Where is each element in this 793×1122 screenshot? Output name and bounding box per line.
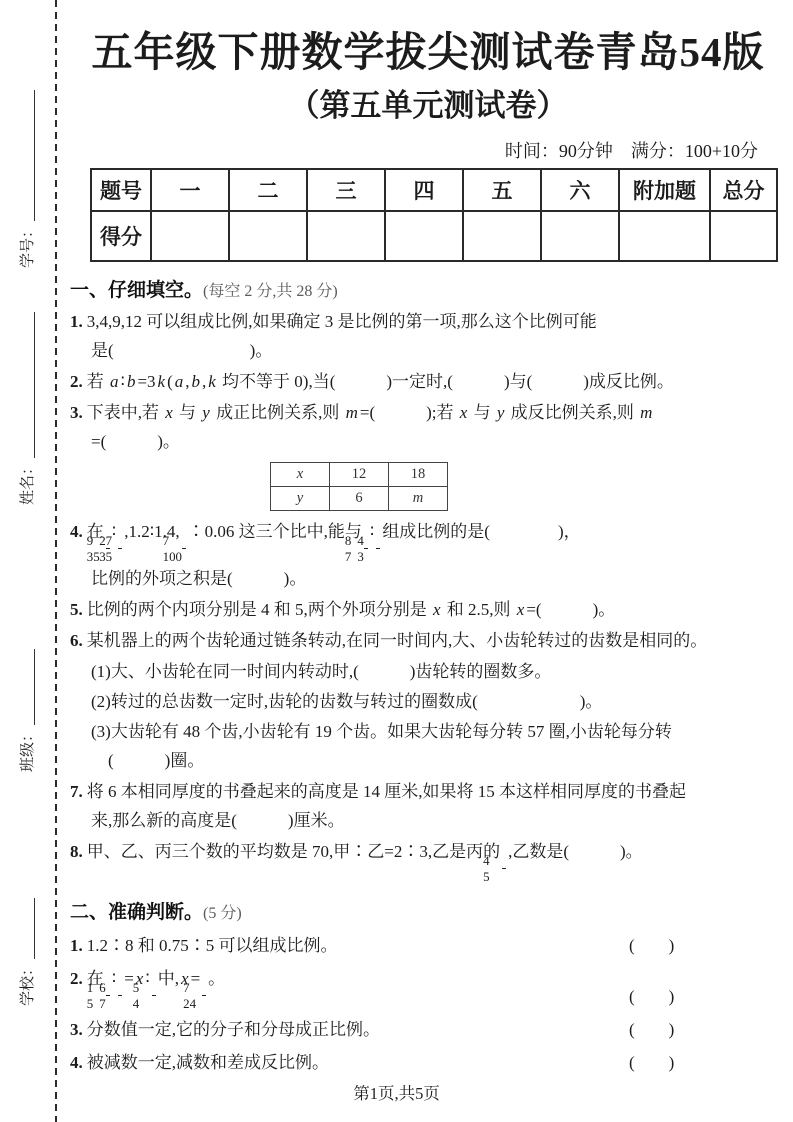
- answer-parentheses: ( ): [629, 931, 691, 960]
- section2-note: (5 分): [203, 905, 242, 922]
- score-header-cell: 二: [229, 169, 307, 211]
- question-number: 2.: [70, 969, 87, 988]
- score-table-header-row: 题号 一 二 三 四 五 六 附加题 总分: [91, 169, 777, 211]
- fill-question-7: 7.将 6 本相同厚度的书叠起来的高度是 14 厘米,如果将 15 本这样相同厚…: [70, 777, 786, 835]
- question-text: (3)大齿轮有 48 个齿,小齿轮有 19 个齿。如果大齿轮每分转 57 圈,小…: [91, 722, 672, 770]
- question-text: 比例的两个内项分别是 4 和 5,两个外项分别是 x 和 2.5,则 x=( )…: [87, 600, 616, 619]
- question-text: 若 a∶b=3k(a,b,k 均不等于 0),当( )一定时,( )与( )成反…: [87, 372, 674, 391]
- judge-question-4: 4.被减数一定,减数和差成反比例。 ( ): [70, 1048, 786, 1077]
- score-cell: [229, 211, 307, 261]
- judge-question-3: 3.分数值一定,它的分子和分母成正比例。 ( ): [70, 1015, 786, 1044]
- score-cell: [710, 211, 777, 261]
- fill-question-6: 6.某机器上的两个齿轮通过链条转动,在同一时间内,大、小齿轮转过的齿数是相同的。: [70, 626, 786, 655]
- score-header-cell: 题号: [91, 169, 151, 211]
- question-number: 1.: [70, 312, 87, 331]
- score-cell: [151, 211, 229, 261]
- question-number: 3.: [70, 1020, 87, 1039]
- fill-question-5: 5.比例的两个内项分别是 4 和 5,两个外项分别是 x 和 2.5,则 x=(…: [70, 595, 786, 624]
- school-field: 学校：: [13, 896, 39, 1006]
- question-text: 某机器上的两个齿轮通过链条转动,在同一时间内,大、小齿轮转过的齿数是相同的。: [87, 631, 708, 650]
- fill-question-6-sub-2: (2)转过的总齿数一定时,齿轮的齿数与转过的圈数成( )。: [70, 687, 786, 716]
- class-blank-line: [34, 649, 35, 725]
- section2-title: 二、准确判断。: [70, 902, 203, 923]
- fill-question-8: 8.甲、乙、丙三个数的平均数是 70,甲∶乙=2∶3,乙是丙的45,乙数是( )…: [70, 837, 786, 884]
- score-cell: [541, 211, 619, 261]
- fill-question-3: 3.下表中,若 x 与 y 成正比例关系,则 m=( );若 x 与 y 成反比…: [70, 398, 786, 456]
- score-table: 题号 一 二 三 四 五 六 附加题 总分 得分: [90, 168, 778, 262]
- score-cell: [619, 211, 710, 261]
- question-text: 1.2∶8 和 0.75∶5 可以组成比例。: [87, 936, 338, 955]
- fill-question-4: 4.在935∶2735,1.2∶1.4,7100∶0.06 这三个比中,能与87…: [70, 517, 786, 593]
- xy-cell: 6: [330, 487, 389, 511]
- score-cell: [385, 211, 463, 261]
- fill-question-1: 1.3,4,9,12 可以组成比例,如果确定 3 是比例的第一项,那么这个比例可…: [70, 307, 786, 365]
- question-text: 在15∶67=x∶54中,x=724。: [87, 969, 225, 988]
- question-text: 3,4,9,12 可以组成比例,如果确定 3 是比例的第一项,那么这个比例可能是…: [87, 312, 597, 360]
- section1-title: 一、仔细填空。: [70, 280, 203, 301]
- question-number: 6.: [70, 631, 87, 650]
- question-number: 3.: [70, 403, 87, 422]
- school-blank-line: [34, 898, 35, 959]
- student-id-field: 学号：: [13, 88, 39, 268]
- exam-page: 五年级下册数学拔尖测试卷青岛54版 （第五单元测试卷） 时间：90分钟 满分：1…: [70, 0, 786, 1081]
- xy-table-row: y 6 m: [271, 487, 448, 511]
- score-header-cell: 四: [385, 169, 463, 211]
- question-number: 4.: [70, 1053, 87, 1072]
- time-and-score-info: 时间：90分钟 满分：100+10分: [70, 140, 786, 162]
- page-subtitle: （第五单元测试卷）: [70, 86, 786, 126]
- fill-question-6-sub-1: (1)大、小齿轮在同一时间内转动时,( )齿轮转的圈数多。: [70, 657, 786, 686]
- score-header-cell: 三: [307, 169, 385, 211]
- xy-cell: m: [389, 487, 448, 511]
- section2-heading: 二、准确判断。(5 分): [70, 900, 786, 927]
- page-title: 五年级下册数学拔尖测试卷青岛54版: [70, 26, 786, 78]
- answer-parentheses: ( ): [629, 1048, 691, 1077]
- fill-question-2: 2.若 a∶b=3k(a,b,k 均不等于 0),当( )一定时,( )与( )…: [70, 367, 786, 396]
- fold-dashed-line: [55, 0, 57, 1122]
- class-label: 班级：: [17, 727, 39, 772]
- xy-table-row: x 12 18: [271, 463, 448, 487]
- judge-question-2: 2.在15∶67=x∶54中,x=724。 ( ): [70, 964, 786, 1011]
- student-id-label: 学号：: [17, 223, 39, 268]
- score-cell: [307, 211, 385, 261]
- score-header-cell: 一: [151, 169, 229, 211]
- question-number: 5.: [70, 600, 87, 619]
- class-field: 班级：: [13, 647, 39, 772]
- student-name-field: 姓名：: [13, 310, 39, 505]
- score-cell: [463, 211, 541, 261]
- section1-heading: 一、仔细填空。(每空 2 分,共 28 分): [70, 278, 786, 305]
- page-number: 第1页,共5页: [0, 1080, 793, 1104]
- question-number: 7.: [70, 782, 87, 801]
- question-text: 甲、乙、丙三个数的平均数是 70,甲∶乙=2∶3,乙是丙的45,乙数是( )。: [87, 842, 643, 861]
- section1-note: (每空 2 分,共 28 分): [203, 283, 338, 300]
- question-text: 被减数一定,减数和差成反比例。: [87, 1053, 329, 1072]
- answer-parentheses: ( ): [629, 1015, 691, 1044]
- xy-data-table: x 12 18 y 6 m: [270, 462, 448, 511]
- student-name-blank-line: [34, 312, 35, 458]
- score-header-cell: 总分: [710, 169, 777, 211]
- answer-parentheses: ( ): [629, 982, 691, 1011]
- question-number: 2.: [70, 372, 87, 391]
- score-header-cell: 五: [463, 169, 541, 211]
- school-label: 学校：: [17, 961, 39, 1006]
- question-text: 将 6 本相同厚度的书叠起来的高度是 14 厘米,如果将 15 本这样相同厚度的…: [87, 782, 686, 830]
- judge-question-1: 1.1.2∶8 和 0.75∶5 可以组成比例。 ( ): [70, 931, 786, 960]
- student-id-blank-line: [34, 90, 35, 221]
- question-text: (1)大、小齿轮在同一时间内转动时,( )齿轮转的圈数多。: [91, 662, 551, 681]
- xy-cell: 18: [389, 463, 448, 487]
- student-name-label: 姓名：: [17, 460, 39, 505]
- xy-cell: y: [271, 487, 330, 511]
- question-number: 8.: [70, 842, 87, 861]
- score-header-cell: 附加题: [619, 169, 710, 211]
- question-text: 在935∶2735,1.2∶1.4,7100∶0.06 这三个比中,能与87∶4…: [87, 522, 581, 588]
- score-table-score-row: 得分: [91, 211, 777, 261]
- fill-question-6-sub-3: (3)大齿轮有 48 个齿,小齿轮有 19 个齿。如果大齿轮每分转 57 圈,小…: [70, 717, 786, 775]
- question-number: 4.: [70, 522, 87, 541]
- question-text: 下表中,若 x 与 y 成正比例关系,则 m=( );若 x 与 y 成反比例关…: [87, 403, 655, 451]
- xy-cell: 12: [330, 463, 389, 487]
- xy-cell: x: [271, 463, 330, 487]
- score-header-cell: 六: [541, 169, 619, 211]
- question-text: (2)转过的总齿数一定时,齿轮的齿数与转过的圈数成( )。: [91, 692, 602, 711]
- question-text: 分数值一定,它的分子和分母成正比例。: [87, 1020, 380, 1039]
- score-row-label: 得分: [91, 211, 151, 261]
- question-number: 1.: [70, 936, 87, 955]
